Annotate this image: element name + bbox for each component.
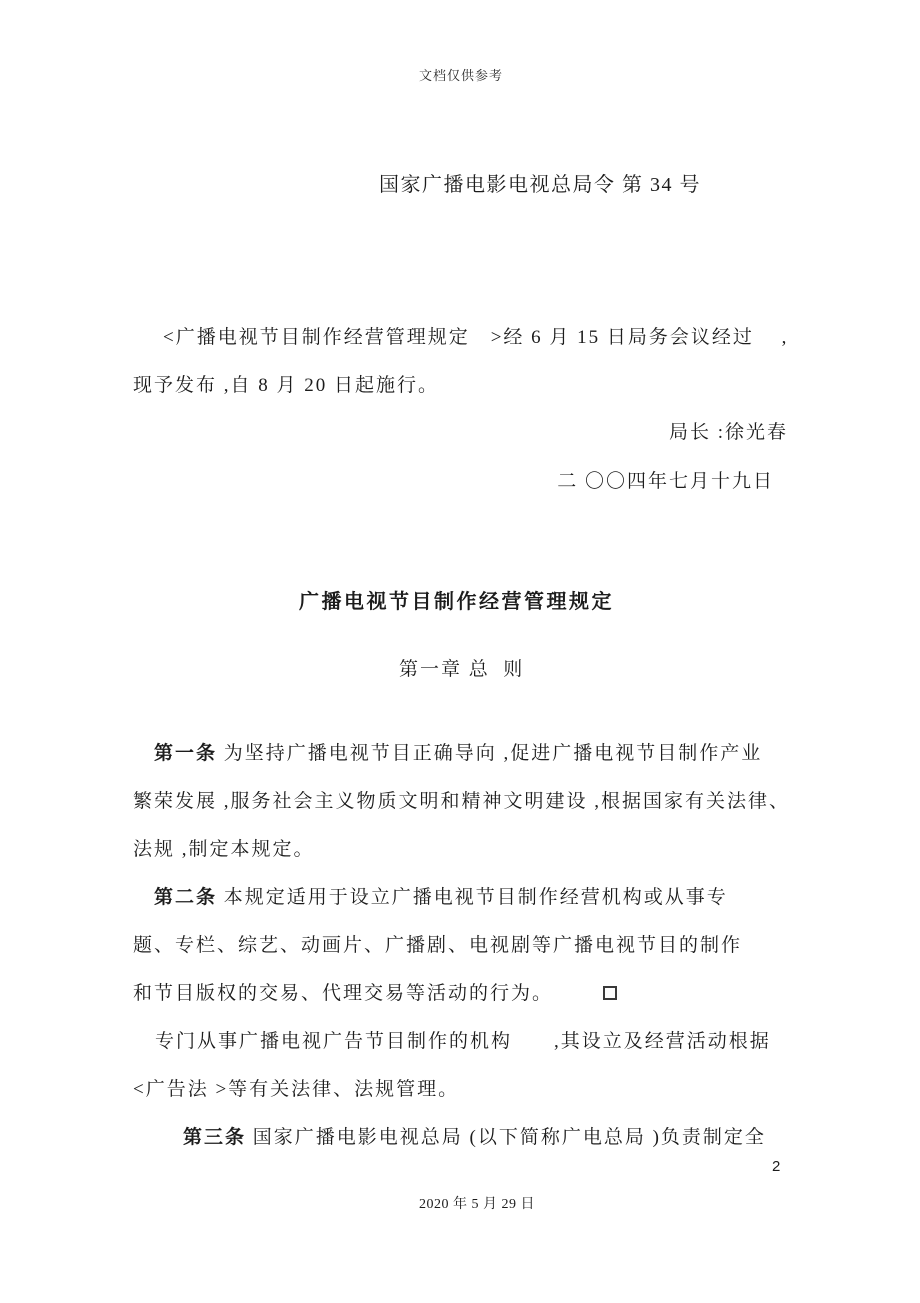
chapter-heading: 第一章 总 则 (399, 657, 524, 683)
article2-line-2: 题、专栏、综艺、动画片、广播剧、电视剧等广播电视节目的制作 (133, 933, 742, 959)
regulation-title: 广播电视节目制作经营管理规定 (299, 589, 614, 615)
article2-line-3: 和节目版权的交易、代理交易等活动的行为。 (133, 981, 617, 1007)
signature-signer: 局长 :徐光春 (669, 420, 788, 446)
missing-glyph-box (603, 986, 617, 1000)
footer-date: 2020 年 5 月 29 日 (419, 1192, 535, 1218)
document-page: 文档仅供参考 国家广播电影电视总局令 第 34 号 <广播电视节目制作经营管理规… (0, 0, 920, 1303)
article1-line-2: 繁荣发展 ,服务社会主义物质文明和精神文明建设 ,根据国家有关法律、 (133, 789, 790, 815)
page-number: 2 (772, 1154, 780, 1180)
article2-line-1: 第二条 本规定适用于设立广播电视节目制作经营机构或从事专 (154, 885, 728, 911)
intro-line-2: 现予发布 ,自 8 月 20 日起施行。 (133, 373, 439, 399)
article2-text-1: 本规定适用于设立广播电视节目制作经营机构或从事专 (217, 887, 728, 908)
article3-text-1: 国家广播电影电视总局 (以下简称广电总局 )负责制定全 (246, 1127, 766, 1148)
article2-text-3: 和节目版权的交易、代理交易等活动的行为。 (133, 983, 553, 1004)
article1-text-1: 为坚持广播电视节目正确导向 ,促进广播电视节目制作产业 (217, 743, 762, 764)
article1-line-3: 法规 ,制定本规定。 (133, 837, 315, 863)
article2b-line-2: <广告法 >等有关法律、法规管理。 (133, 1077, 459, 1103)
article1-label: 第一条 (154, 743, 217, 764)
watermark-header: 文档仅供参考 (419, 63, 503, 89)
decree-title: 国家广播电影电视总局令 第 34 号 (379, 172, 701, 198)
article3-line-1: 第三条 国家广播电影电视总局 (以下简称广电总局 )负责制定全 (183, 1125, 766, 1151)
signature-date: 二 〇〇四年七月十九日 (557, 469, 774, 495)
article2b-line-1: 专门从事广播电视广告节目制作的机构 ,其设立及经营活动根据 (155, 1029, 771, 1055)
article1-line-1: 第一条 为坚持广播电视节目正确导向 ,促进广播电视节目制作产业 (154, 741, 762, 767)
article2-label: 第二条 (154, 887, 217, 908)
intro-line-1: <广播电视节目制作经营管理规定 >经 6 月 15 日局务会议经过 , (163, 325, 788, 351)
article3-label: 第三条 (183, 1127, 246, 1148)
